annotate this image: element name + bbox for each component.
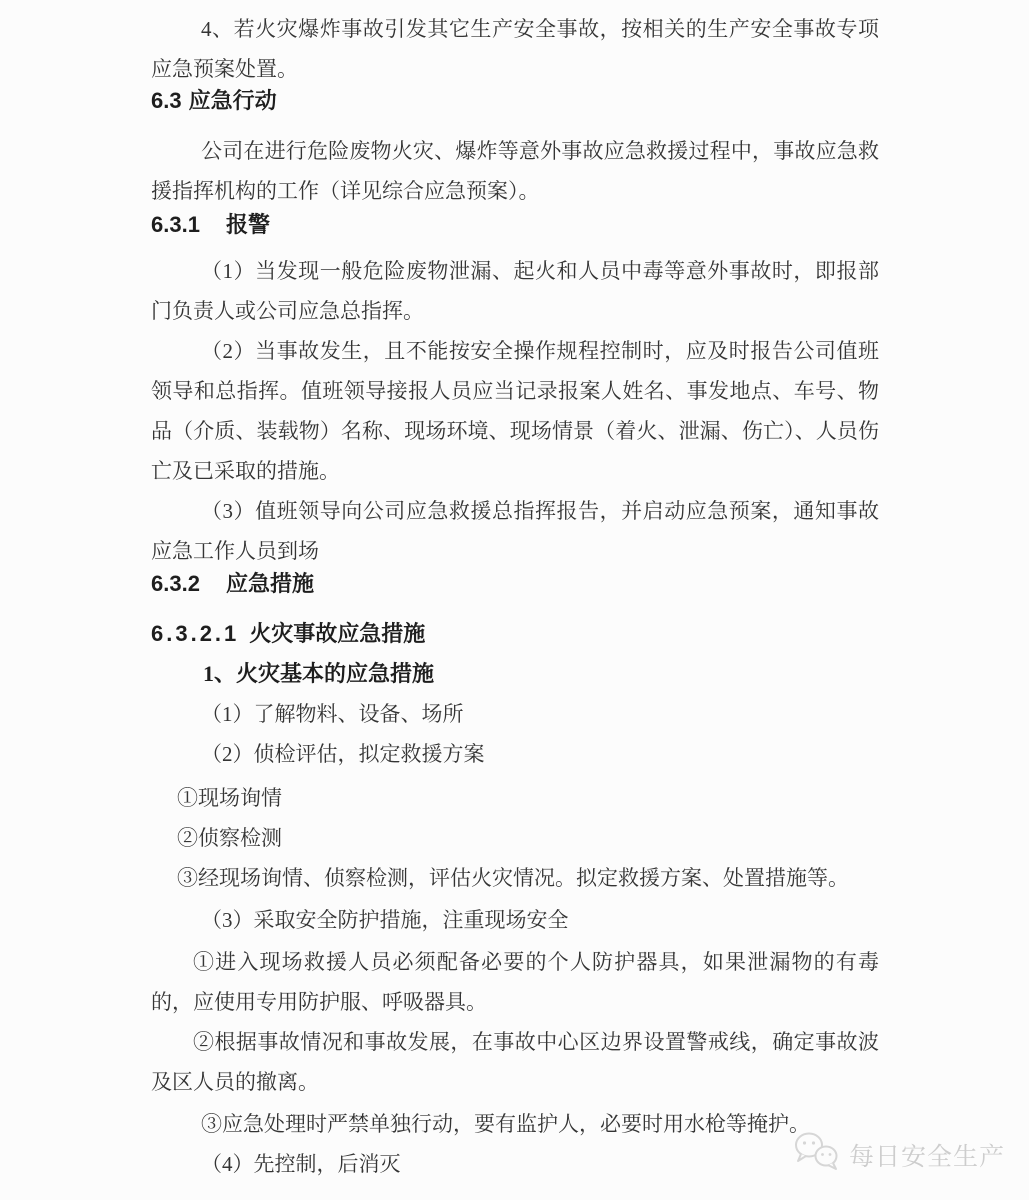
section-number: 6.3.2.1 <box>151 621 239 646</box>
doc-paragraph: （3）采取安全防护措施，注重现场安全 <box>151 900 879 940</box>
doc-paragraph: 公司在进行危险废物火灾、爆炸等意外事故应急救援过程中，事故应急救援指挥机构的工作… <box>151 131 879 211</box>
section-heading-6-3-2-1: 6.3.2.1火灾事故应急措施 <box>151 614 879 654</box>
section-number: 6.3.1 <box>151 212 200 237</box>
doc-list-item: ①进入现场救援人员必须配备必要的个人防护器具，如果泄漏物的有毒的，应使用专用防护… <box>151 942 879 1022</box>
document-page: 4、若火灾爆炸事故引发其它生产安全事故，按相关的生产安全事故专项应急预案处置。 … <box>151 0 879 1184</box>
section-heading-6-3: 6.3应急行动 <box>151 81 879 121</box>
doc-paragraph: （1）了解物料、设备、场所 <box>151 694 879 734</box>
doc-list-item: ②侦察检测 <box>151 818 879 858</box>
doc-paragraph: （4）先控制，后消灭 <box>151 1144 879 1184</box>
doc-paragraph: （1）当发现一般危险废物泄漏、起火和人员中毒等意外事故时，即报部门负责人或公司应… <box>151 251 879 331</box>
section-number: 6.3 <box>151 88 182 113</box>
section-label: 火灾事故应急措施 <box>249 621 425 646</box>
doc-list-item: ①现场询情 <box>151 778 879 818</box>
section-number: 6.3.2 <box>151 571 200 596</box>
doc-paragraph: （2）当事故发生，且不能按安全操作规程控制时，应及时报告公司值班领导和总指挥。值… <box>151 331 879 491</box>
subsection-heading-fire-measures: 1、火灾基本的应急措施 <box>151 654 879 694</box>
section-label: 应急行动 <box>189 88 277 113</box>
section-label: 应急措施 <box>226 571 314 596</box>
doc-paragraph: （3）值班领导向公司应急救援总指挥报告，并启动应急预案，通知事故应急工作人员到场 <box>151 491 879 571</box>
doc-paragraph: 4、若火灾爆炸事故引发其它生产安全事故，按相关的生产安全事故专项应急预案处置。 <box>151 9 879 89</box>
section-heading-6-3-2: 6.3.2应急措施 <box>151 564 879 604</box>
doc-list-item: ②根据事故情况和事故发展，在事故中心区边界设置警戒线，确定事故波及区人员的撤离。 <box>151 1022 879 1102</box>
doc-list-item: ③应急处理时严禁单独行动，要有监护人，必要时用水枪等掩护。 <box>151 1104 879 1144</box>
section-heading-6-3-1: 6.3.1报警 <box>151 205 879 245</box>
doc-list-item: ③经现场询情、侦察检测，评估火灾情况。拟定救援方案、处置措施等。 <box>151 858 879 898</box>
section-label: 报警 <box>226 212 270 237</box>
doc-paragraph: （2）侦检评估，拟定救援方案 <box>151 734 879 774</box>
